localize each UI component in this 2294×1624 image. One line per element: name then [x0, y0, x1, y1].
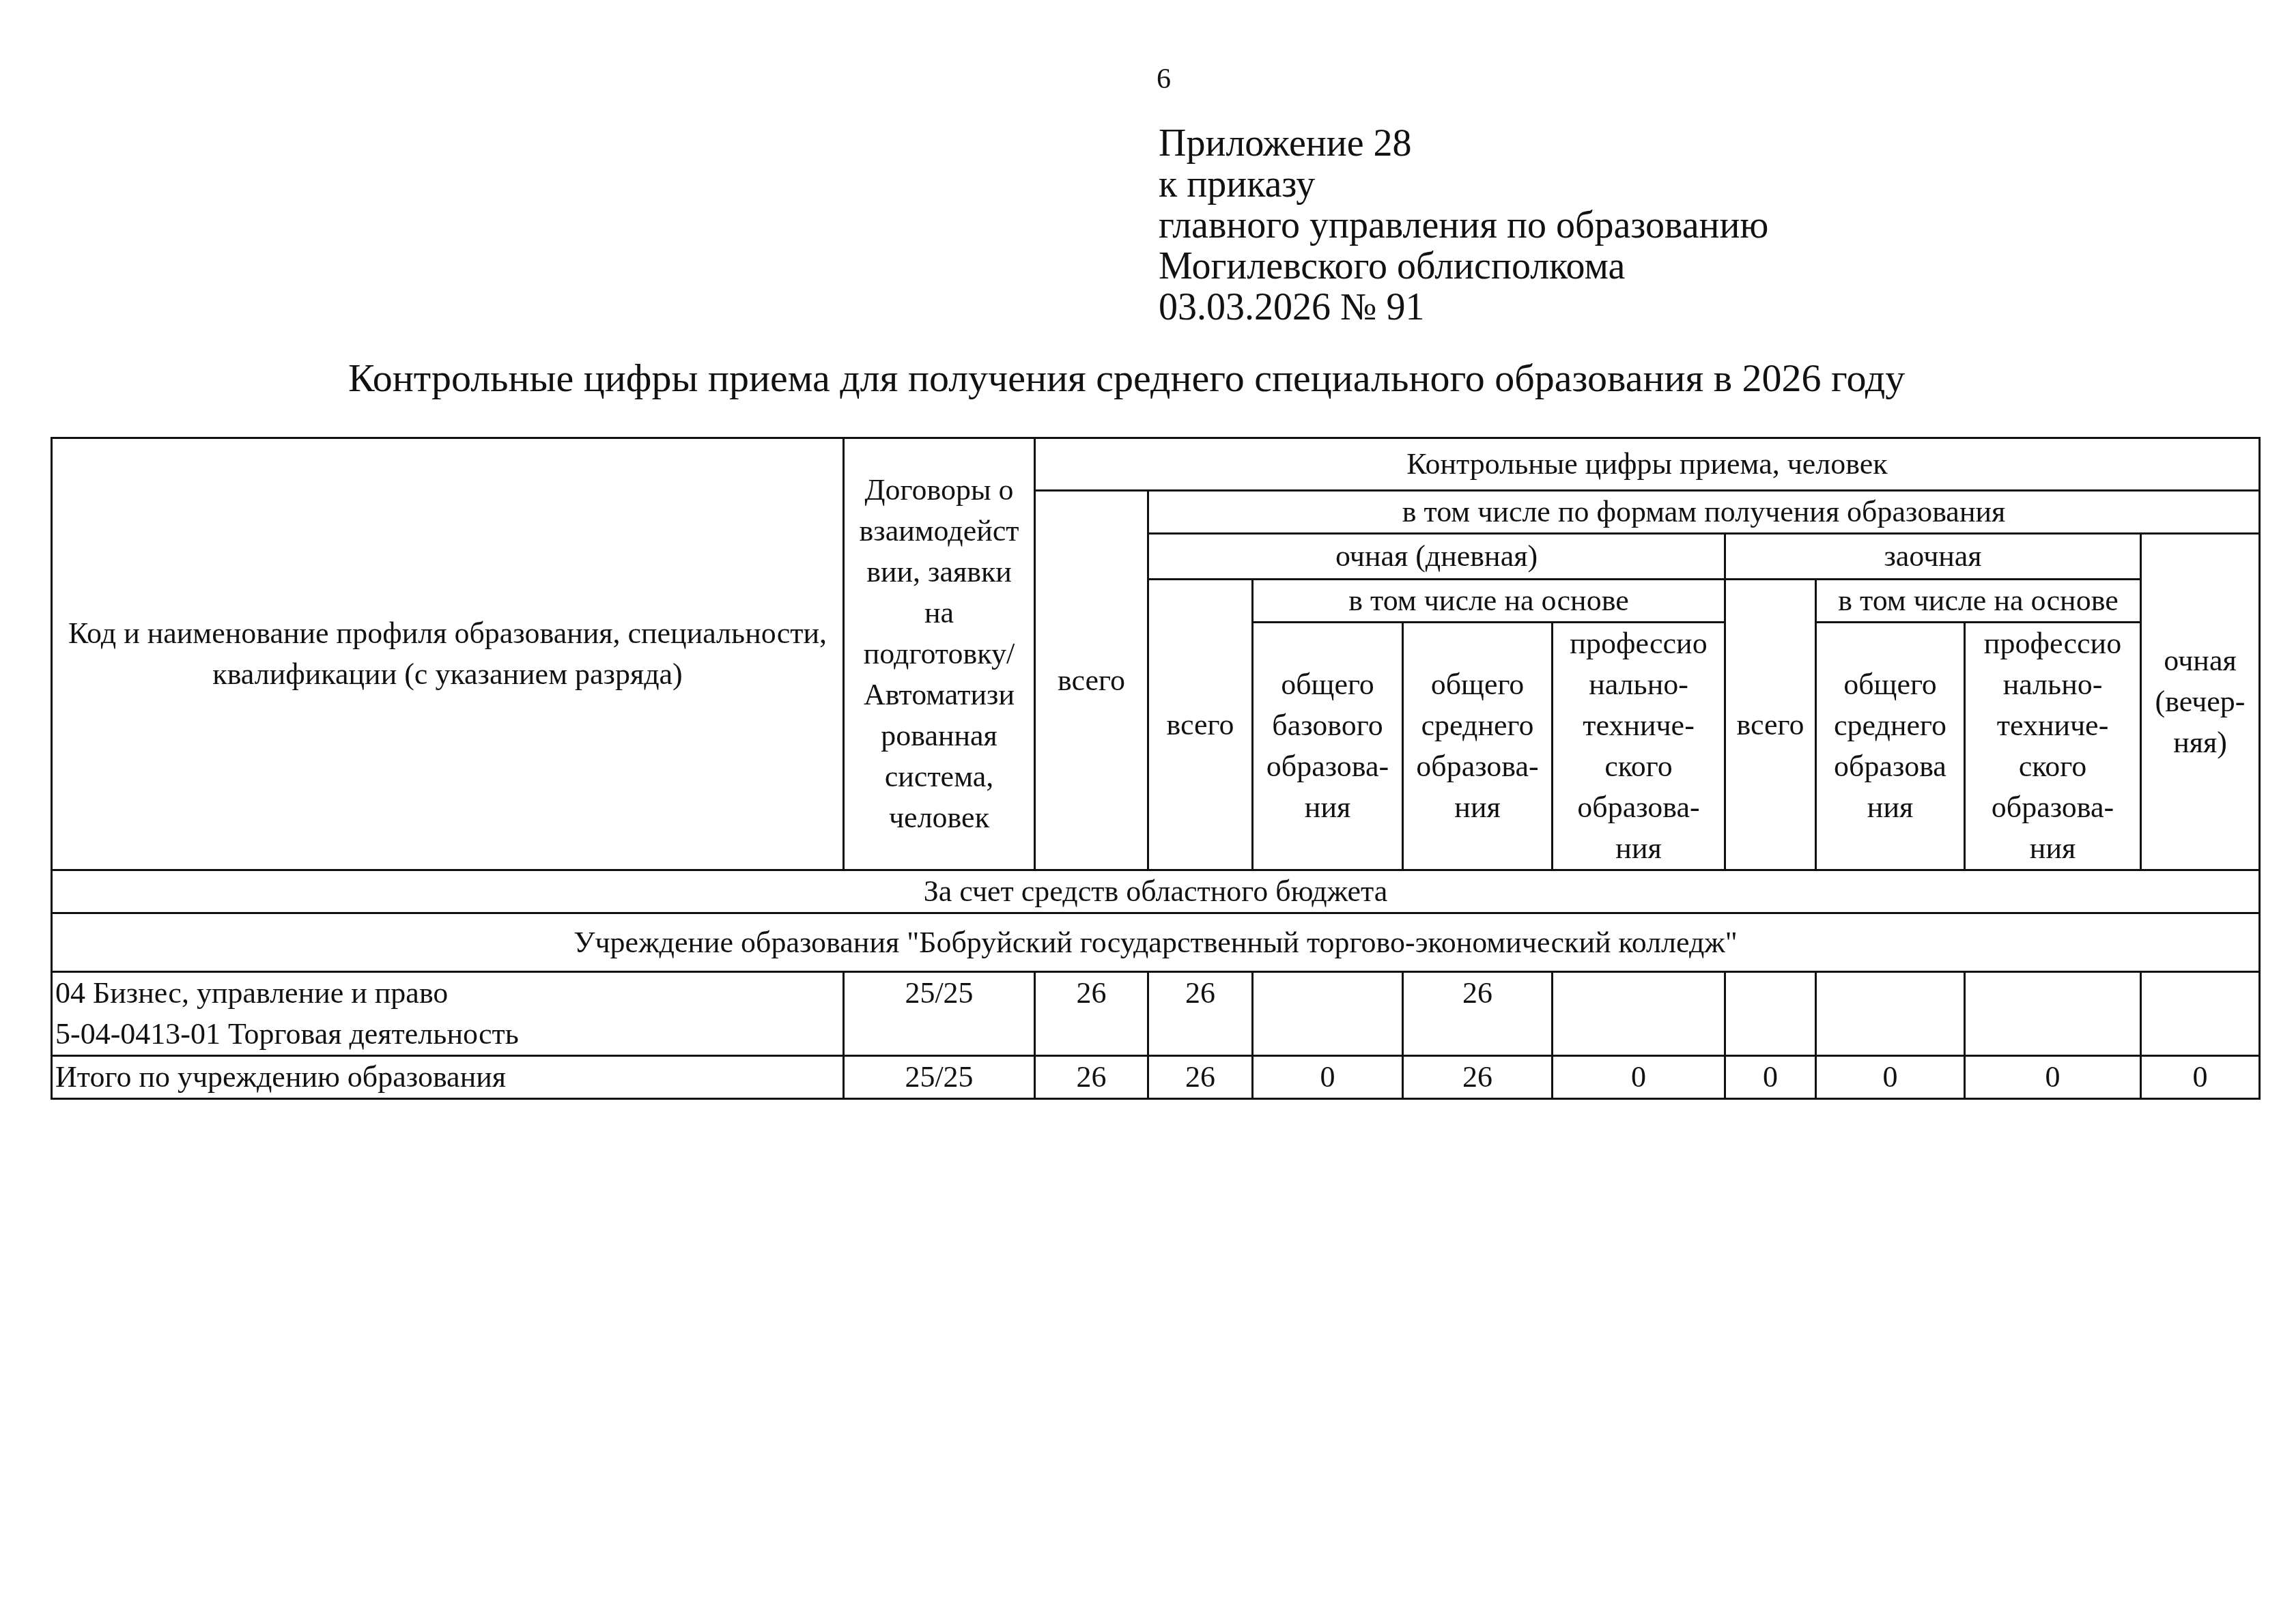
header-by-forms: в том числе по формам получения образова… [1148, 491, 2260, 534]
appendix-line: к приказу [1159, 164, 1768, 205]
appendix-line: главного управления по образованию [1159, 205, 1768, 246]
page-number: 6 [1157, 63, 1171, 96]
header-profile: Код и наименование профиля образования, … [52, 438, 844, 870]
total-row: Итого по учреждению образования 25/25 26… [52, 1056, 2260, 1099]
cell-pt-vocational [1965, 972, 2141, 1056]
appendix-header: Приложение 28 к приказу главного управле… [1159, 123, 1768, 328]
appendix-line: 03.03.2026 № 91 [1159, 287, 1768, 328]
header-evening: очная (вечер- няя) [2141, 534, 2260, 870]
total-pt-secondary-general: 0 [1816, 1056, 1965, 1099]
header-contracts: Договоры о взаимодейст вии, заявки на по… [844, 438, 1035, 870]
cell-evening [2141, 972, 2260, 1056]
section-funding: За счет средств областного бюджета [52, 870, 2260, 913]
total-part-time-total: 0 [1725, 1056, 1816, 1099]
header-full-time-total: всего [1148, 580, 1253, 870]
total-full-time-total: 26 [1148, 1056, 1253, 1099]
total-secondary-general: 26 [1403, 1056, 1553, 1099]
cell-part-time-total [1725, 972, 1816, 1056]
header-pt-vocational: профессио нально- техниче- ского образов… [1965, 623, 2141, 870]
header-full-time-day: очная (дневная) [1148, 534, 1725, 580]
header-control-figures: Контрольные цифры приема, человек [1035, 438, 2260, 491]
header-part-time-based-on: в том числе на основе [1816, 580, 2141, 623]
cell-secondary-general: 26 [1403, 972, 1553, 1056]
document-title: Контрольные цифры приема для получения с… [348, 355, 1905, 401]
total-evening: 0 [2141, 1056, 2260, 1099]
profile-specialty: 5-04-0413-01 Торговая деятельность [55, 1014, 840, 1055]
header-full-time-based-on: в том числе на основе [1253, 580, 1725, 623]
total-vocational: 0 [1553, 1056, 1725, 1099]
total-basic-general: 0 [1253, 1056, 1403, 1099]
cell-contracts: 25/25 [844, 972, 1035, 1056]
profile-group: 04 Бизнес, управление и право [55, 973, 840, 1014]
appendix-line: Приложение 28 [1159, 123, 1768, 164]
total-contracts: 25/25 [844, 1056, 1035, 1099]
header-part-time-total: всего [1725, 580, 1816, 870]
header-pt-secondary-general: общего среднего образова ния [1816, 623, 1965, 870]
total-pt-vocational: 0 [1965, 1056, 2141, 1099]
total-label: Итого по учреждению образования [52, 1056, 844, 1099]
cell-total: 26 [1035, 972, 1148, 1056]
header-basic-general: общего базового образова- ния [1253, 623, 1403, 870]
header-total: всего [1035, 491, 1148, 870]
table-row: 04 Бизнес, управление и право 5-04-0413-… [52, 972, 2260, 1056]
header-part-time: заочная [1725, 534, 2141, 580]
cell-full-time-total: 26 [1148, 972, 1253, 1056]
appendix-line: Могилевского облисполкома [1159, 246, 1768, 287]
header-vocational: профессио нально- техниче- ского образов… [1553, 623, 1725, 870]
admission-table: Код и наименование профиля образования, … [51, 437, 2261, 1100]
row-profile: 04 Бизнес, управление и право 5-04-0413-… [52, 972, 844, 1056]
total-total: 26 [1035, 1056, 1148, 1099]
header-secondary-general: общего среднего образова- ния [1403, 623, 1553, 870]
cell-pt-secondary-general [1816, 972, 1965, 1056]
cell-basic-general [1253, 972, 1403, 1056]
section-institution: Учреждение образования "Бобруйский госуд… [52, 913, 2260, 972]
cell-vocational [1553, 972, 1725, 1056]
